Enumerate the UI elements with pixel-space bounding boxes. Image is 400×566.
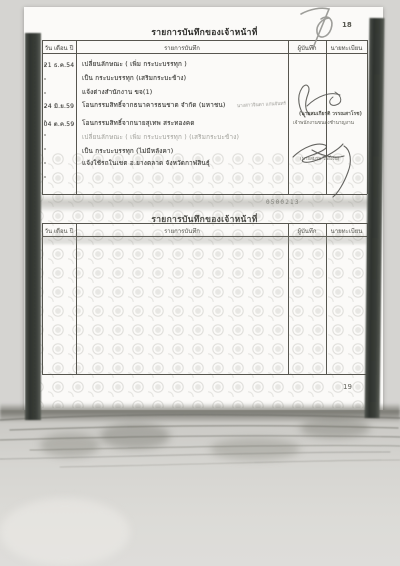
scanned-document-page: รายการบันทึกของเจ้าหน้าที่ วัน เดือน ปี … — [0, 0, 400, 566]
scan-blotch — [40, 433, 100, 457]
scan-edge-strip-left — [25, 33, 41, 420]
scan-blotch — [100, 423, 170, 449]
crumple-streak — [60, 460, 400, 467]
light-patch — [0, 498, 130, 566]
scan-blotch — [210, 438, 300, 460]
scan-blotch — [300, 418, 370, 438]
crumple-streaks-layer — [0, 0, 400, 566]
